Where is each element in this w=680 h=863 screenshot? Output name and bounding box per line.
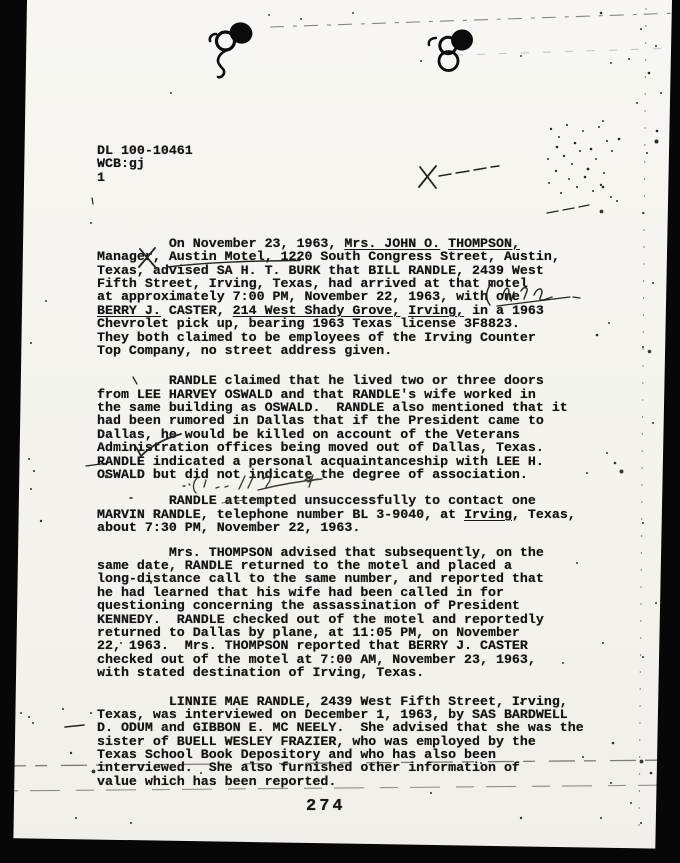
text-line: Texas, was interviewed on December 1, 19… [97,708,584,721]
text-line: he had learned that his wife had been ca… [97,586,584,599]
text-line: had been rumored in Dallas that if the P… [97,414,584,427]
text-line: Top Company, no street address given. [97,344,584,357]
text-line: MARVIN RANDLE, telephone number BL 3-904… [97,508,584,521]
text-line: from LEE HARVEY OSWALD and that RANDLE's… [97,388,584,401]
text-line: They both claimed to be employees of the… [97,331,584,344]
scanned-document-page: DL 100-10461WCB:gj1 On November 23, 1963… [0,0,680,863]
text-line: BERRY J. CASTER, 214 West Shady Grove, I… [97,304,584,317]
document-header: DL 100-10461WCB:gj1 [97,144,584,184]
paragraph: Mrs. THOMPSON advised that subsequently,… [97,546,584,680]
text-line: at approximately 7:00 PM, November 22, 1… [97,290,584,303]
text-line: with stated destination of Irving, Texas… [97,666,584,679]
document-body: DL 100-10461WCB:gj1 On November 23, 1963… [97,117,584,815]
text-line: interviewed. She also furnished other in… [97,761,584,774]
paragraph: RANDLE attempted unsuccessfully to conta… [97,494,584,534]
text-line: RANDLE indicated a personal acquaintance… [97,455,584,468]
text-line: questioning concerning the assassination… [97,599,584,612]
header-line: WCB:gj [97,157,584,170]
text-line: RANDLE claimed that he lived two or thre… [97,374,584,387]
text-line: LINNIE MAE RANDLE, 2439 West Fifth Stree… [97,695,584,708]
text-line: returned to Dallas by plane, at 11:05 PM… [97,626,584,639]
text-line: RANDLE attempted unsuccessfully to conta… [97,494,584,507]
paragraphs: On November 23, 1963, Mrs. JOHN O. THOMP… [97,237,584,788]
paragraph: On November 23, 1963, Mrs. JOHN O. THOMP… [97,237,584,358]
text-line: 22, 1963. Mrs. THOMPSON reported that BE… [97,639,584,652]
header-line: 1 [97,171,584,184]
text-line: On November 23, 1963, Mrs. JOHN O. THOMP… [97,237,584,250]
text-line: OSWALD but did not indicate the degree o… [97,468,584,481]
text-line: KENNEDY. RANDLE checked out of the motel… [97,613,584,626]
text-line: about 7:30 PM, November 22, 1963. [97,521,584,534]
text-line: sister of BUELL WESLEY FRAZIER, who was … [97,735,584,748]
page-number: 274 [306,797,346,816]
text-line: Manager, Austin Motel, 1220 South Congre… [97,250,584,263]
text-line: Texas, advised SA H. T. BURK that BILL R… [97,264,584,277]
text-line: Texas School Book Depository and who has… [97,748,584,761]
paragraph: LINNIE MAE RANDLE, 2439 West Fifth Stree… [97,695,584,789]
text-line: D. ODUM and GIBBON E. MC NEELY. She advi… [97,721,584,734]
text-line: the same building as OSWALD. RANDLE also… [97,401,584,414]
text-line: Chevrolet pick up, bearing 1963 Texas li… [97,317,584,330]
text-line: Fifth Street, Irving, Texas, had arrived… [97,277,584,290]
text-line: Mrs. THOMPSON advised that subsequently,… [97,546,584,559]
text-line: value which has been reported. [97,775,584,788]
text-line: checked out of the motel at 7:00 AM, Nov… [97,653,584,666]
paragraph: RANDLE claimed that he lived two or thre… [97,374,584,481]
text-line: Dallas, he would be killed on account of… [97,428,584,441]
text-line: same date, RANDLE returned to the motel … [97,559,584,572]
text-line: long-distance call to the same number, a… [97,572,584,585]
text-line: Administration offices being moved out o… [97,441,584,454]
header-line: DL 100-10461 [97,144,584,157]
